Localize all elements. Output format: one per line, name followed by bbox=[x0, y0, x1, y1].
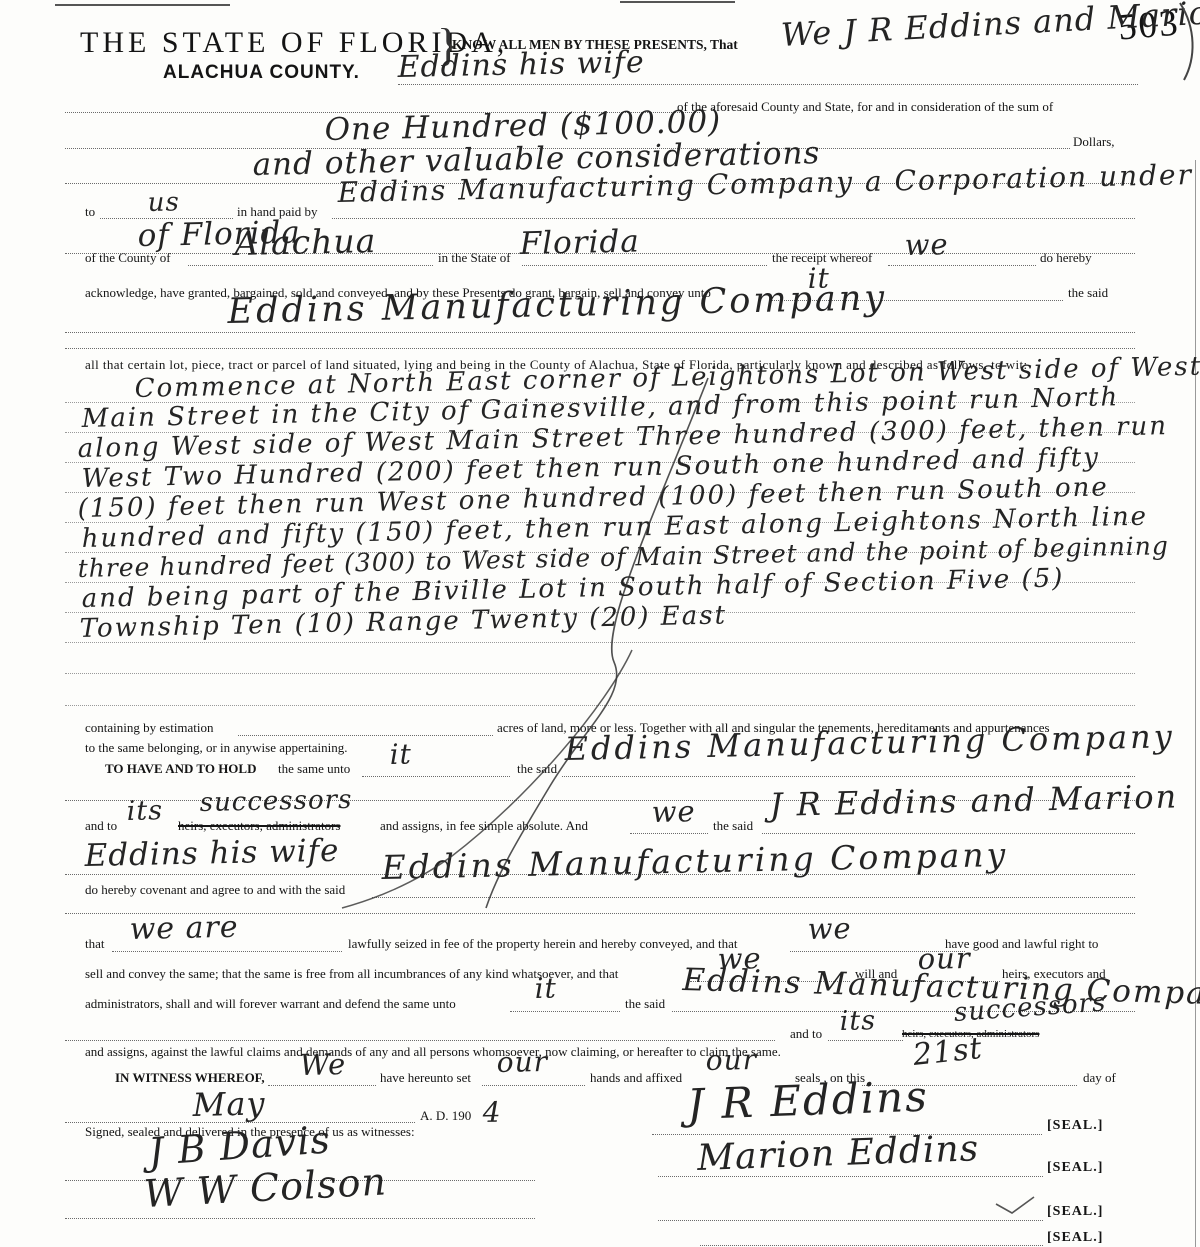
dotted-line bbox=[65, 1040, 775, 1041]
dotted-line bbox=[700, 1245, 1043, 1246]
the-said-label: the said bbox=[713, 818, 753, 834]
that-label: that bbox=[85, 936, 105, 952]
dotted-line bbox=[268, 1085, 376, 1086]
dotted-line bbox=[188, 265, 433, 266]
state-of-label: in the State of bbox=[438, 250, 511, 266]
ruled-line bbox=[65, 642, 1135, 643]
scan-edge-right bbox=[1195, 160, 1196, 1247]
deed-document-page: 503 THE STATE OF FLORIDA, } ALACHUA COUN… bbox=[0, 0, 1200, 1247]
receipt-value-handwriting: we bbox=[904, 227, 949, 262]
claims-text: and assigns, against the lawful claims a… bbox=[85, 1044, 781, 1060]
seized-text: lawfully seized in fee of the property h… bbox=[348, 936, 737, 952]
covenant-grantee-handwriting: Eddins Manufacturing Company bbox=[381, 835, 1008, 887]
our-hands-handwriting: our bbox=[496, 1045, 548, 1079]
hands-label: hands and affixed bbox=[590, 1070, 682, 1086]
dotted-line bbox=[65, 348, 1135, 349]
dollars-label: Dollars, bbox=[1073, 134, 1115, 150]
to-have-rest-label: the same unto bbox=[278, 761, 350, 777]
covenant-label: do hereby covenant and agree to and with… bbox=[85, 882, 345, 898]
and-to-label: and to bbox=[85, 818, 117, 834]
grantor2-signature: Marion Eddins bbox=[697, 1128, 980, 1179]
dotted-line bbox=[658, 1176, 1043, 1177]
scan-edge-top-left bbox=[55, 4, 230, 6]
habendum-we-handwriting: we bbox=[651, 794, 696, 829]
to-have-and-hold-label: TO HAVE AND TO HOLD bbox=[105, 761, 256, 777]
dotted-line bbox=[510, 1011, 620, 1012]
warranty-its-handwriting: its bbox=[839, 1005, 876, 1037]
dotted-line bbox=[658, 1220, 1043, 1221]
seal-label: [SEAL.] bbox=[1047, 1160, 1103, 1176]
the-said-label: the said bbox=[1068, 285, 1108, 301]
ad-label: A. D. 190 bbox=[420, 1108, 471, 1124]
ruled-line bbox=[65, 705, 1135, 706]
state-value-handwriting: Florida bbox=[519, 223, 640, 262]
witness-we-handwriting: We bbox=[299, 1047, 346, 1082]
aforesaid-text: of the aforesaid County and State, for a… bbox=[677, 99, 1053, 115]
dotted-line bbox=[762, 833, 1135, 834]
dotted-line bbox=[398, 84, 1138, 85]
county-title: ALACHUA COUNTY. bbox=[163, 62, 360, 84]
month-handwriting: May bbox=[192, 1084, 266, 1124]
and-to-label: and to bbox=[790, 1026, 822, 1042]
our-seals-handwriting: our bbox=[705, 1043, 757, 1077]
county-value-handwriting: Alachua bbox=[234, 221, 377, 263]
the-said-label: the said bbox=[517, 761, 557, 777]
struck-heirs-text: heirs, executors, administrators bbox=[178, 818, 340, 834]
habendum-unto-handwriting: it bbox=[389, 738, 412, 771]
dotted-line bbox=[65, 1218, 535, 1219]
successors-handwriting: successors bbox=[199, 785, 352, 818]
county-of-label: of the County of bbox=[85, 250, 171, 266]
dotted-line bbox=[238, 735, 493, 736]
in-witness-label: IN WITNESS WHEREOF, bbox=[115, 1070, 265, 1086]
set-label: have hereunto set bbox=[380, 1070, 471, 1086]
containing-label: containing by estimation bbox=[85, 720, 214, 736]
day-handwriting: 21st bbox=[911, 1031, 984, 1073]
dotted-line bbox=[630, 833, 708, 834]
dotted-line bbox=[65, 332, 1135, 333]
checkmark-icon bbox=[996, 1197, 1034, 1213]
dotted-line bbox=[112, 951, 342, 952]
dotted-line bbox=[562, 776, 1135, 777]
ruled-line bbox=[65, 673, 1135, 674]
dotted-line bbox=[522, 265, 767, 266]
warranty-it-handwriting: it bbox=[534, 972, 557, 1005]
seal-label: [SEAL.] bbox=[1047, 1230, 1103, 1246]
dotted-line bbox=[888, 265, 1036, 266]
seal-label: [SEAL.] bbox=[1047, 1204, 1103, 1220]
dotted-line bbox=[362, 776, 510, 777]
dotted-line bbox=[482, 1085, 585, 1086]
warranty-grantee-handwriting: Eddins Manufacturing Company bbox=[682, 962, 1200, 1013]
to-label: to bbox=[85, 204, 95, 220]
habendum-grantors-handwriting: J R Eddins and Marion bbox=[769, 777, 1178, 824]
dotted-line bbox=[332, 218, 1135, 219]
its-handwriting: its bbox=[126, 795, 163, 827]
habendum-grantors-handwriting2: Eddins his wife bbox=[84, 833, 340, 874]
dotted-line bbox=[372, 897, 1135, 898]
grantors-handwriting-line2: Eddins his wife bbox=[397, 45, 645, 85]
to-value-handwriting: us bbox=[147, 187, 180, 218]
warranty-we-handwriting: we bbox=[807, 911, 852, 946]
dotted-line bbox=[828, 1040, 903, 1041]
grantor1-signature: J R Eddins bbox=[686, 1072, 929, 1129]
the-said-label: the said bbox=[625, 996, 665, 1012]
seal-label: [SEAL.] bbox=[1047, 1118, 1103, 1134]
day-of-label: day of bbox=[1083, 1070, 1116, 1086]
year-handwriting: 4 bbox=[482, 1096, 502, 1129]
administrators-text: administrators, shall and will forever w… bbox=[85, 996, 456, 1012]
belonging-text: to the same belonging, or in anywise app… bbox=[85, 740, 347, 756]
we-are-handwriting: we are bbox=[129, 910, 239, 947]
scan-edge-top-mid bbox=[620, 1, 735, 3]
do-hereby-label: do hereby bbox=[1040, 250, 1092, 266]
assigns-text: and assigns, in fee simple absolute. And bbox=[380, 818, 588, 834]
